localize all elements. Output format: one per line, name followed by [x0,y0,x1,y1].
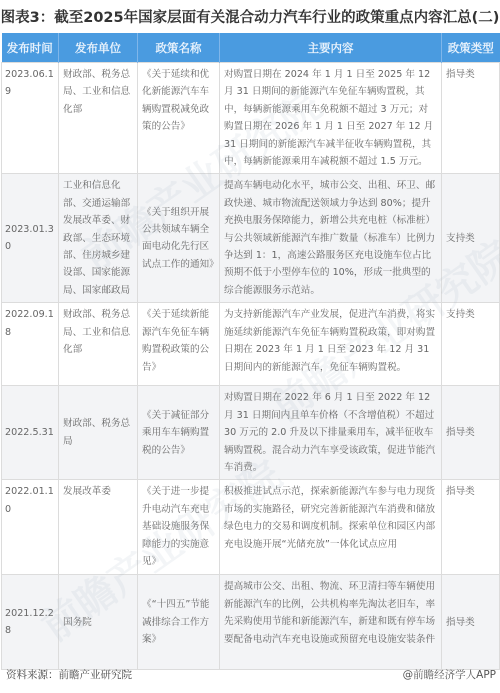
table-row: 2021.12.28 国务院 《“十四五”节能减排综合工作方案》 提高城市公交、… [2,575,500,670]
table-header-row: 发布时间 发布单位 政策名称 主要内容 政策类型 [2,33,500,63]
cell-date: 2022.09.18 [2,303,59,386]
cell-date: 2023.06.19 [2,63,59,174]
cell-issuer: 工业和信息化部、交通运输部发展改革委、财政部、生态环境部、住房城乡建设部、国家能… [59,174,138,303]
cell-issuer: 财政部、税务总局、工业和信息化部 [59,303,138,386]
cell-type: 指导类 [442,63,500,174]
header-content: 主要内容 [220,33,442,63]
cell-type: 指导类 [442,386,500,480]
brand-credit: @前瞻经济学人APP [403,667,496,682]
cell-date: 2023.01.30 [2,174,59,303]
cell-issuer: 发展改革委 [59,480,138,575]
cell-issuer: 国务院 [59,575,138,670]
table-row: 2023.01.30 工业和信息化部、交通运输部发展改革委、财政部、生态环境部、… [2,174,500,303]
cell-content: 提高城市公交、出租、物流、环卫清扫等车辆使用新能源汽车的比例，公共机构率先淘汰老… [220,575,442,670]
table-row: 2023.06.19 财政部、税务总局、工业和信息化部 《关于延续和优化新能源汽… [2,63,500,174]
cell-issuer: 财政部、税务总局 [59,386,138,480]
header-policy-name: 政策名称 [138,33,220,63]
header-type: 政策类型 [442,33,500,63]
cell-issuer: 财政部、税务总局、工业和信息化部 [59,63,138,174]
table-row: 2022.09.18 财政部、税务总局、工业和信息化部 《关于延续新能源汽车免征… [2,303,500,386]
cell-content: 对购置日期在 2022 年 6 月 1 日至 2022 年 12 月 31 日期… [220,386,442,480]
cell-content: 对购置日期在 2024 年 1 月 1 日至 2025 年 12 月 31 日期… [220,63,442,174]
policy-table: 发布时间 发布单位 政策名称 主要内容 政策类型 2023.06.19 财政部、… [1,33,500,670]
cell-date: 2022.01.10 [2,480,59,575]
header-date: 发布时间 [2,33,59,63]
cell-type: 支持类 [442,174,500,303]
header-issuer: 发布单位 [59,33,138,63]
cell-content: 提高车辆电动化水平，城市公交、出租、环卫、邮政快递、城市物流配送领域力争达到 8… [220,174,442,303]
cell-content: 积极推进试点示范，探索新能源汽车参与电力现货市场的实施路径，研究完善新能源汽车消… [220,480,442,575]
cell-policy-name: 《“十四五”节能减排综合工作方案》 [138,575,220,670]
page-title: 图表3：截至2025年国家层面有关混合动力汽车行业的政策重点内容汇总(二) [0,6,500,27]
cell-policy-name: 《关于延续和优化新能源汽车车辆购置税减免政策的公告》 [138,63,220,174]
cell-policy-name: 《关于延续新能源汽车免征车辆购置税政策的公告》 [138,303,220,386]
cell-policy-name: 《关于组织开展公共领域车辆全面电动化先行区试点工作的通知》 [138,174,220,303]
cell-date: 2021.12.28 [2,575,59,670]
table-row: 2022.5.31 财政部、税务总局 《关于减征部分乘用车车辆购置税的公告》 对… [2,386,500,480]
cell-content: 为支持新能源汽车产业发展，促进汽车消费，将实施延续新能源汽车免征车辆购置税政策，… [220,303,442,386]
cell-date: 2022.5.31 [2,386,59,480]
cell-policy-name: 《关于进一步提升电动汽车充电基础设施服务保障能力的实施意见》 [138,480,220,575]
cell-policy-name: 《关于减征部分乘用车车辆购置税的公告》 [138,386,220,480]
cell-type: 指导类 [442,480,500,575]
source-note: 资料来源：前瞻产业研究院 [6,667,132,682]
cell-type: 支持类 [442,303,500,386]
table-row: 2022.01.10 发展改革委 《关于进一步提升电动汽车充电基础设施服务保障能… [2,480,500,575]
cell-type: 指导类 [442,575,500,670]
